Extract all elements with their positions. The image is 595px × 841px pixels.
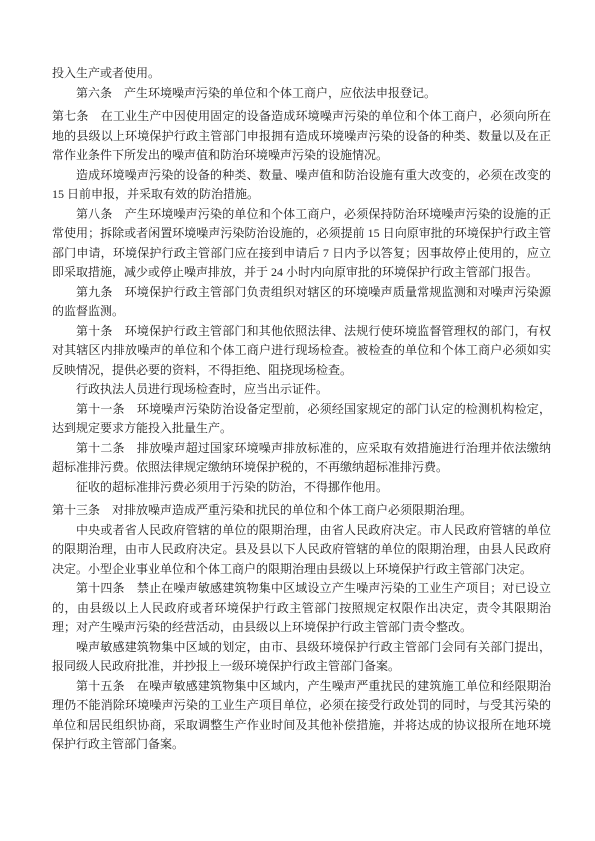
paragraph-article-8: 第八条 产生环境噪声污染的单位和个体工商户，必须保持防治环境噪声污染的设施的正常… <box>52 205 551 283</box>
paragraph-article-15: 第十五条 在噪声敏感建筑物集中区域内，产生噪声严重扰民的建筑施工单位和经限期治理… <box>52 677 551 755</box>
paragraph-article-10-para-2: 行政执法人员进行现场检查时，应当出示证件。 <box>52 380 551 400</box>
paragraph-article-12-para-2: 征收的超标准排污费必须用于污染的防治，不得挪作他用。 <box>52 478 551 498</box>
paragraph-article-13-para-2: 中央或者省人民政府管辖的单位的限期治理，由省人民政府决定。市人民政府管辖的单位的… <box>52 521 551 580</box>
paragraph-article-14: 第十四条 禁止在噪声敏感建筑物集中区域设立产生噪声污染的工业生产项目；对已设立的… <box>52 579 551 638</box>
paragraph-article-14-para-2: 噪声敏感建筑物集中区域的划定，由市、县级环境保护行政主管部门会同有关部门提出，报… <box>52 638 551 677</box>
paragraph-article-13: 第十三条 对排放噪声造成严重污染和扰民的单位和个体工商户必须限期治理。 <box>52 501 551 521</box>
paragraph-article-12: 第十二条 排放噪声超过国家环境噪声排放标准的，应采取有效措施进行治理并依法缴纳超… <box>52 439 551 478</box>
document-text: 投入生产或者使用。第六条 产生环境噪声污染的单位和个体工商户，应依法申报登记。第… <box>52 64 551 755</box>
paragraph-article-6: 第六条 产生环境噪声污染的单位和个体工商户，应依法申报登记。 <box>52 84 551 104</box>
paragraph-continuation-line: 投入生产或者使用。 <box>52 64 551 84</box>
paragraph-article-7: 第七条 在工业生产中因使用固定的设备造成环境噪声污染的单位和个体工商户，必须向所… <box>52 107 551 166</box>
document-page: 投入生产或者使用。第六条 产生环境噪声污染的单位和个体工商户，应依法申报登记。第… <box>0 0 595 841</box>
paragraph-article-11: 第十一条 环境噪声污染防治设备定型前，必须经国家规定的部门认定的检测机构检定，达… <box>52 400 551 439</box>
paragraph-article-9: 第九条 环境保护行政主管部门负责组织对辖区的环境噪声质量常规监测和对噪声污染源的… <box>52 283 551 322</box>
paragraph-article-10: 第十条 环境保护行政主管部门和其他依照法律、法规行使环境监督管理权的部门，有权对… <box>52 322 551 381</box>
paragraph-article-7-para-2: 造成环境噪声污染的设备的种类、数量、噪声值和防治设施有重大改变的，必须在改变的 … <box>52 166 551 205</box>
